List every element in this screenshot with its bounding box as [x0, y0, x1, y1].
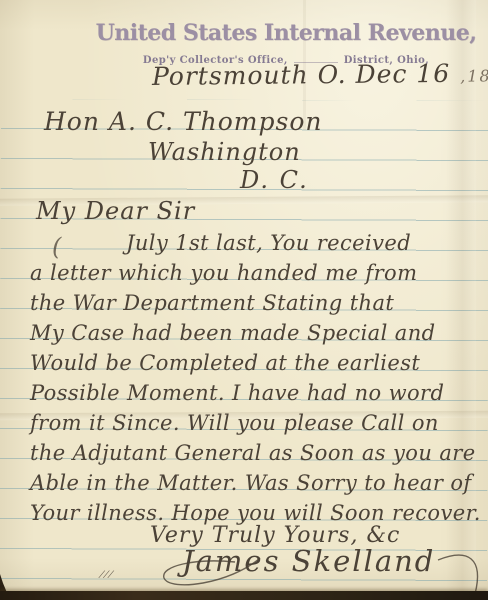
body-line: a letter which you handed me from: [30, 258, 482, 288]
margin-mark: ///: [98, 570, 115, 580]
letter-body: July 1st last, You received a letter whi…: [30, 228, 482, 528]
salutation: My Dear Sir: [36, 197, 195, 225]
scan-edge-bottom: [0, 591, 488, 600]
body-line: Possible Moment. I have had no word: [30, 378, 482, 408]
recipient-city: Washington: [148, 138, 301, 166]
body-line: from it Since. Will you please Call on: [30, 408, 482, 438]
letterhead-title: United States Internal Revenue,: [84, 20, 488, 46]
signature: James Skelland: [182, 544, 435, 578]
body-line: the Adjutant General as Soon as you are: [30, 438, 482, 468]
body-line: July 1st last, You received: [30, 228, 482, 258]
body-line: the War Department Stating that: [30, 288, 482, 318]
body-line: Able in the Matter. Was Sorry to hear of: [30, 468, 482, 498]
dateline-year-printed: ,188: [460, 66, 488, 85]
dateline-place-date: Portsmouth O. Dec 16: [152, 59, 450, 91]
body-line: Would be Completed at the earliest: [30, 348, 482, 378]
dateline: Portsmouth O. Dec 16,1887.: [152, 58, 488, 91]
recipient-state: D. C.: [240, 166, 309, 194]
letter-scan: United States Internal Revenue, Dep'y Co…: [0, 0, 488, 600]
recipient-name: Hon A. C. Thompson: [44, 107, 323, 136]
body-line: My Case had been made Special and: [30, 318, 482, 348]
